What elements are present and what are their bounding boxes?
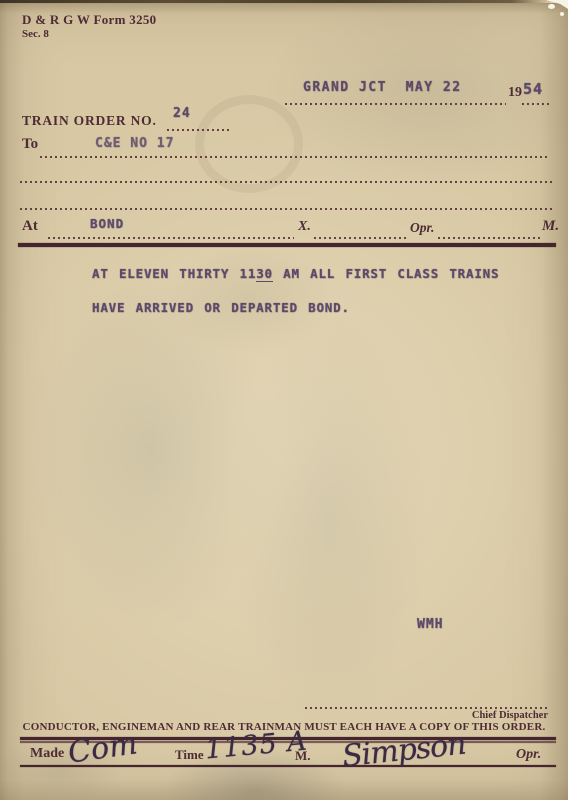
dateline-location-date: GRAND JCT MAY 22 <box>303 80 462 95</box>
dispatcher-initials-typed: WMH <box>417 617 443 632</box>
to-typed: C&E NO 17 <box>95 136 174 151</box>
chief-dispatcher-label: Chief Dispatcher <box>420 710 548 721</box>
paper-speck <box>548 4 555 9</box>
scan-top-edge <box>0 0 568 3</box>
footer-opr-label: Opr. <box>516 747 541 763</box>
order-number-typed: 24 <box>173 106 191 121</box>
x-rule <box>314 237 407 239</box>
order-text-line-1: AT ELEVEN THIRTY 1130 AM ALL FIRST CLASS… <box>92 266 499 281</box>
opr-label: Opr. <box>410 220 434 236</box>
address-blank-rule-1 <box>20 181 552 183</box>
order-text-time-minutes: 30 <box>256 266 273 282</box>
footer-m-label: M. <box>295 748 311 764</box>
time-label: Time <box>175 747 204 763</box>
dateline-year-typed: 54 <box>523 80 543 98</box>
dateline-year-rule <box>522 103 550 105</box>
order-number-rule <box>167 129 229 131</box>
paper-stain-ring <box>195 95 303 193</box>
order-number-label: TRAIN ORDER NO. <box>22 113 157 129</box>
dateline-year-prefix: 19 <box>508 85 522 101</box>
operator-signature-handwritten: Simpson <box>341 727 468 775</box>
paper-speck <box>560 12 564 16</box>
at-label: At <box>22 218 38 235</box>
at-rule <box>48 237 294 239</box>
order-text-line-2: HAVE ARRIVED OR DEPARTED BOND. <box>92 300 350 315</box>
order-text-line-1-pre: AT ELEVEN THIRTY 11 <box>92 266 256 281</box>
dateline-rule <box>285 103 506 105</box>
form-section: Sec. 8 <box>22 28 49 40</box>
order-text-line-1-post: AM ALL FIRST CLASS TRAINS <box>273 266 499 281</box>
train-order-form: D & R G W Form 3250 Sec. 8 GRAND JCT MAY… <box>0 0 568 800</box>
address-blank-rule-2 <box>20 208 552 210</box>
opr-rule <box>438 237 540 239</box>
to-rule <box>40 156 550 158</box>
x-label: X. <box>298 219 311 235</box>
m-label: M. <box>542 218 559 235</box>
form-number: D & R G W Form 3250 <box>22 12 157 28</box>
at-station-typed: BOND <box>90 216 124 231</box>
to-label: To <box>22 136 38 153</box>
chief-dispatcher-rule <box>305 707 548 709</box>
order-body-top-rule <box>18 243 556 247</box>
made-label: Made <box>30 746 64 762</box>
